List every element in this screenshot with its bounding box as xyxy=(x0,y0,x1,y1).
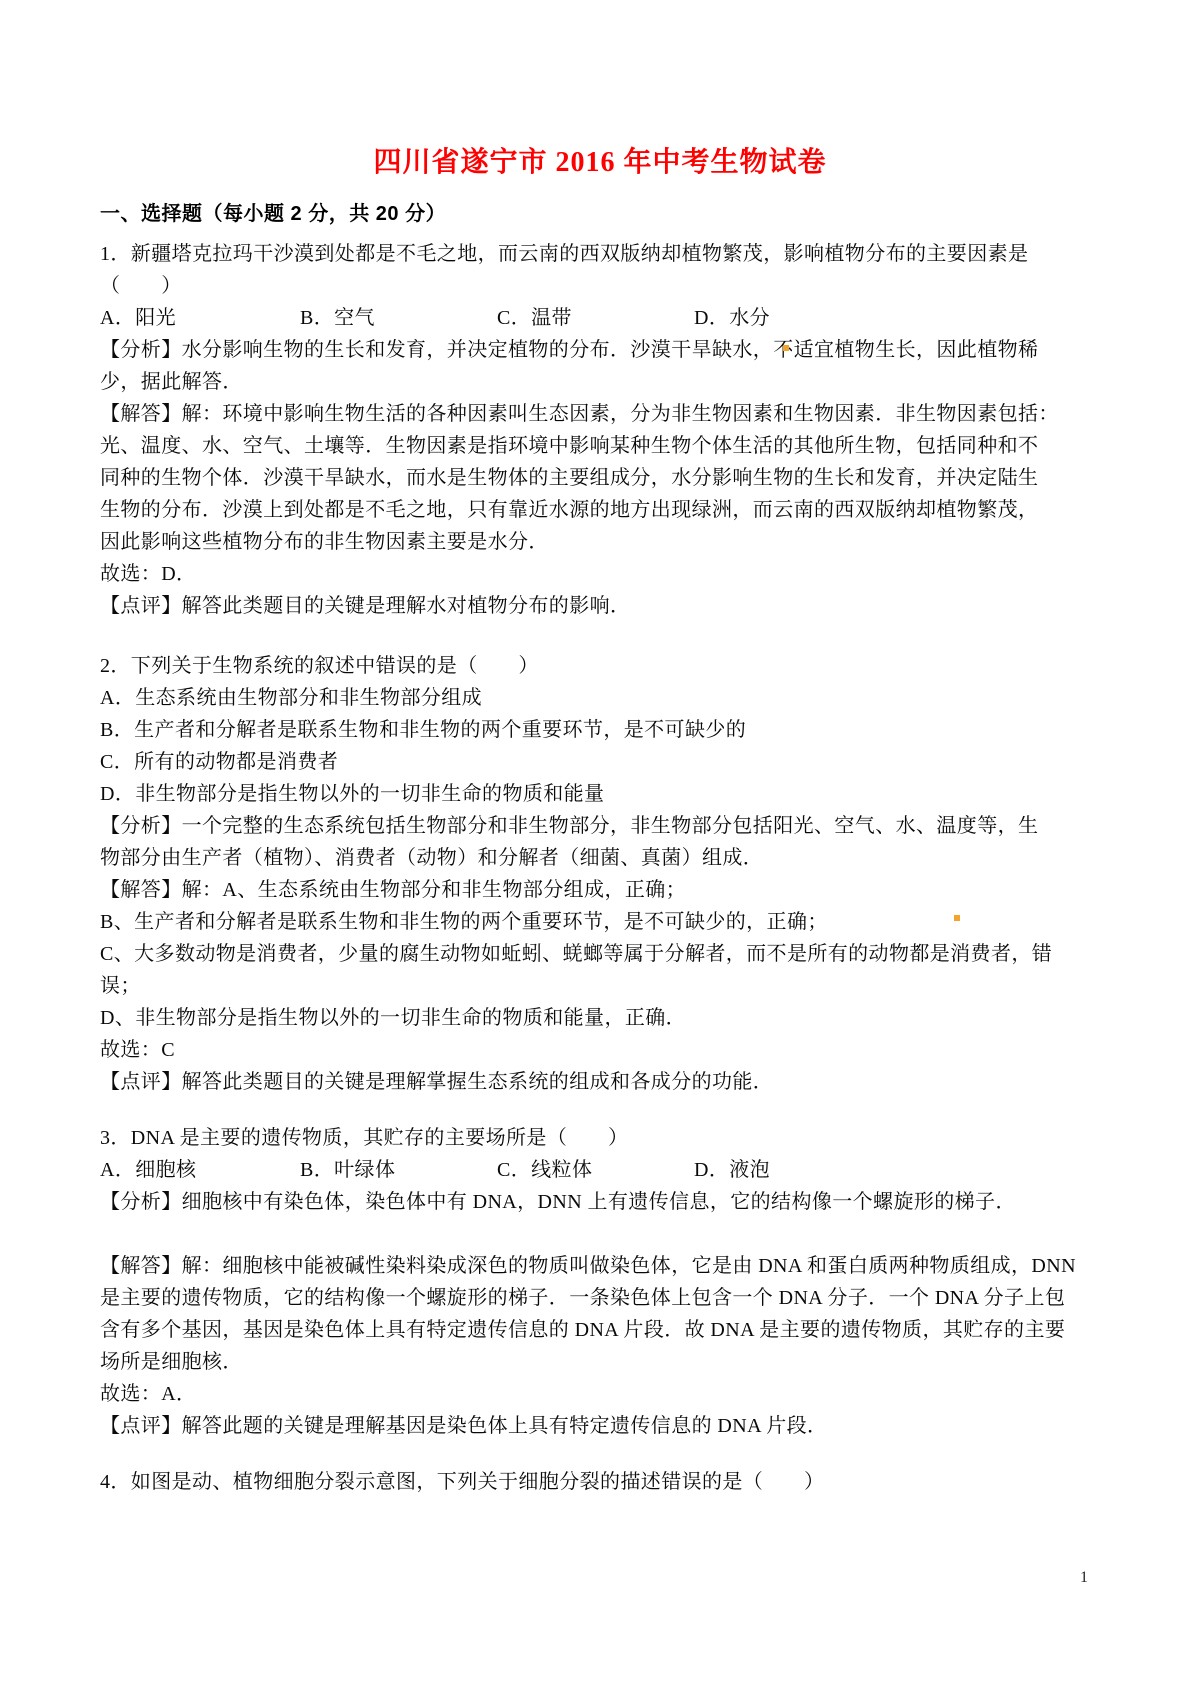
highlight-mark xyxy=(954,915,960,921)
question-2-solution-line: D、非生物部分是指生物以外的一切非生命的物质和能量，正确． xyxy=(100,1002,1110,1034)
question-3-answer-choice: 故选：A． xyxy=(100,1378,1110,1410)
question-1: 1．新疆塔克拉玛干沙漠到处都是不毛之地，而云南的西双版纳却植物繁茂，影响植物分布… xyxy=(100,238,1110,622)
exam-document-page: 四川省遂宁市 2016 年中考生物试卷 一、选择题（每小题 2 分，共 20 分… xyxy=(0,0,1200,1698)
question-3-solution-line: 是主要的遗传物质，它的结构像一个螺旋形的梯子．一条染色体上包含一个 DNA 分子… xyxy=(100,1282,1110,1314)
question-1-stem-line: 1．新疆塔克拉玛干沙漠到处都是不毛之地，而云南的西双版纳却植物繁茂，影响植物分布… xyxy=(100,238,1110,270)
question-2-option-b: B．生产者和分解者是联系生物和非生物的两个重要环节，是不可缺少的 xyxy=(100,714,1110,746)
question-4: 4．如图是动、植物细胞分裂示意图，下列关于细胞分裂的描述错误的是（ ） xyxy=(100,1466,1110,1498)
question-1-solution-line: 生物的分布．沙漠上到处都是不毛之地，只有靠近水源的地方出现绿洲，而云南的西双版纳… xyxy=(100,494,1110,526)
question-1-analysis-line: 少，据此解答． xyxy=(100,366,1110,398)
question-2-option-a: A．生态系统由生物部分和非生物部分组成 xyxy=(100,682,1110,714)
question-3-stem-line: 3．DNA 是主要的遗传物质，其贮存的主要场所是（ ） xyxy=(100,1122,1110,1154)
question-2-option-c: C．所有的动物都是消费者 xyxy=(100,746,1110,778)
question-2-solution-line: B、生产者和分解者是联系生物和非生物的两个重要环节，是不可缺少的，正确； xyxy=(100,906,1110,938)
page-title: 四川省遂宁市 2016 年中考生物试卷 xyxy=(100,144,1100,182)
section-header: 一、选择题（每小题 2 分，共 20 分） xyxy=(100,199,446,229)
question-2: 2．下列关于生物系统的叙述中错误的是（ ） A．生态系统由生物部分和非生物部分组… xyxy=(100,650,1110,1098)
question-2-option-d: D．非生物部分是指生物以外的一切非生命的物质和能量 xyxy=(100,778,1110,810)
blank-line xyxy=(100,1218,1110,1250)
question-1-comment-line: 【点评】解答此类题目的关键是理解水对植物分布的影响． xyxy=(100,590,1110,622)
question-1-solution-line: 【解答】解：环境中影响生物生活的各种因素叫生态因素，分为非生物因素和生物因素．非… xyxy=(100,398,1110,430)
question-3-option-c: C．线粒体 xyxy=(497,1154,694,1186)
question-3-solution-line: 【解答】解：细胞核中能被碱性染料染成深色的物质叫做染色体，它是由 DNA 和蛋白… xyxy=(100,1250,1110,1282)
question-1-options-row: A．阳光 B．空气 C．温带 D．水分 xyxy=(100,302,1110,334)
question-2-analysis-line: 【分析】一个完整的生态系统包括生物部分和非生物部分，非生物部分包括阳光、空气、水… xyxy=(100,810,1110,842)
question-2-comment-line: 【点评】解答此类题目的关键是理解掌握生态系统的组成和各成分的功能． xyxy=(100,1066,1110,1098)
question-2-solution-line: 【解答】解：A、生态系统由生物部分和非生物部分组成，正确； xyxy=(100,874,1110,906)
question-2-answer-choice: 故选：C xyxy=(100,1034,1110,1066)
question-2-stem-line: 2．下列关于生物系统的叙述中错误的是（ ） xyxy=(100,650,1110,682)
question-1-solution-line: 因此影响这些植物分布的非生物因素主要是水分． xyxy=(100,526,1110,558)
question-3-option-a: A．细胞核 xyxy=(100,1154,300,1186)
question-1-option-c: C．温带 xyxy=(497,302,694,334)
question-3-option-d: D．液泡 xyxy=(694,1154,1110,1186)
question-2-solution-line: C、大多数动物是消费者，少量的腐生动物如蚯蚓、蜣螂等属于分解者，而不是所有的动物… xyxy=(100,938,1110,970)
question-1-option-d: D．水分 xyxy=(694,302,1110,334)
question-3-analysis-line: 【分析】细胞核中有染色体，染色体中有 DNA，DNN 上有遗传信息，它的结构像一… xyxy=(100,1186,1110,1218)
page-number: 1 xyxy=(1080,1567,1088,1589)
question-4-stem-line: 4．如图是动、植物细胞分裂示意图，下列关于细胞分裂的描述错误的是（ ） xyxy=(100,1466,1110,1498)
question-1-answer-choice: 故选：D． xyxy=(100,558,1110,590)
question-1-option-a: A．阳光 xyxy=(100,302,300,334)
question-1-solution-line: 同种的生物个体．沙漠干旱缺水，而水是生物体的主要组成分，水分影响生物的生长和发育… xyxy=(100,462,1110,494)
question-2-analysis-line: 物部分由生产者（植物）、消费者（动物）和分解者（细菌、真菌）组成． xyxy=(100,842,1110,874)
question-1-answer-parens: （ ） xyxy=(100,270,1110,302)
question-1-option-b: B．空气 xyxy=(300,302,497,334)
question-3: 3．DNA 是主要的遗传物质，其贮存的主要场所是（ ） A．细胞核 B．叶绿体 … xyxy=(100,1122,1110,1442)
question-3-solution-line: 含有多个基因，基因是染色体上具有特定遗传信息的 DNA 片段．故 DNA 是主要… xyxy=(100,1314,1110,1346)
question-3-solution-line: 场所是细胞核． xyxy=(100,1346,1110,1378)
question-2-solution-line: 误； xyxy=(100,970,1110,1002)
question-1-solution-line: 光、温度、水、空气、土壤等．生物因素是指环境中影响某种生物个体生活的其他所生物，… xyxy=(100,430,1110,462)
question-3-option-b: B．叶绿体 xyxy=(300,1154,497,1186)
highlight-mark xyxy=(783,345,789,351)
question-3-options-row: A．细胞核 B．叶绿体 C．线粒体 D．液泡 xyxy=(100,1154,1110,1186)
question-1-analysis-line: 【分析】水分影响生物的生长和发育，并决定植物的分布．沙漠干旱缺水，不适宜植物生长… xyxy=(100,334,1110,366)
question-3-comment-line: 【点评】解答此题的关键是理解基因是染色体上具有特定遗传信息的 DNA 片段． xyxy=(100,1410,1110,1442)
